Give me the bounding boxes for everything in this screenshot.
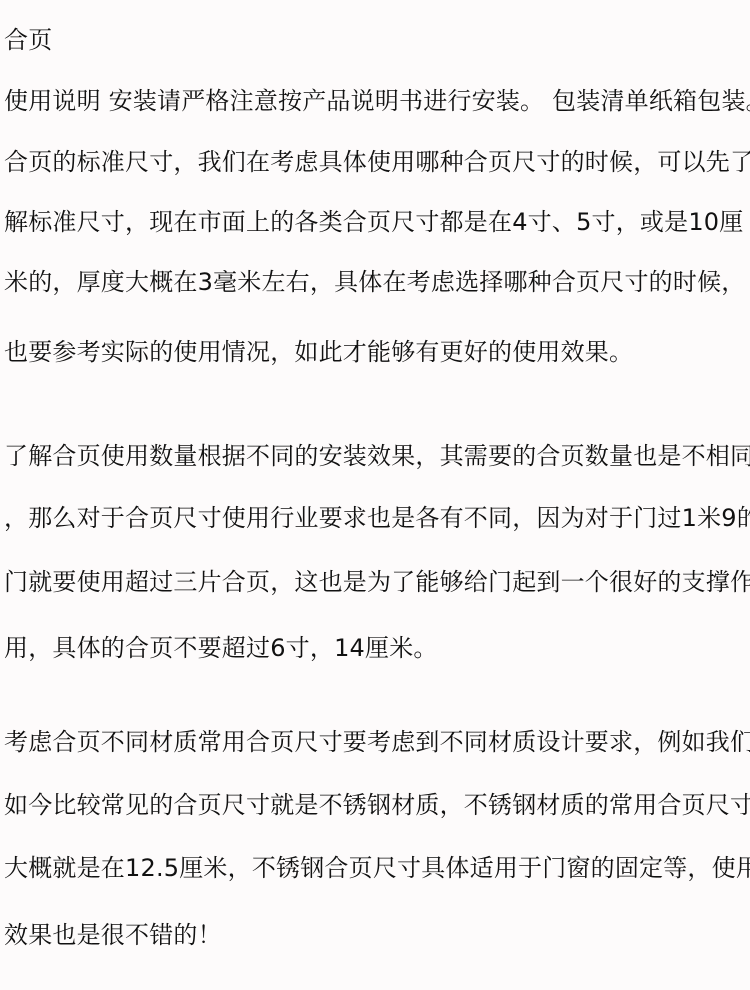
document-page: 合页 使用说明 安装请严格注意按产品说明书进行安装。 包装清单纸箱包装。 合页的… [0,0,750,990]
text-line: 如今比较常见的合页尺寸就是不锈钢材质，不锈钢材质的常用合页尺寸 [4,790,750,820]
text-line: 合页的标准尺寸，我们在考虑具体使用哪种合页尺寸的时候，可以先了 [4,147,750,177]
text-line: ，那么对于合页尺寸使用行业要求也是各有不同，因为对于门过1米9的 [4,503,750,533]
text-line: 用，具体的合页不要超过6寸，14厘米。 [4,633,438,663]
text-line: 了解合页使用数量根据不同的安装效果，其需要的合页数量也是不相同 [4,441,750,471]
document-title: 合页 [4,25,52,55]
text-line: 大概就是在12.5厘米，不锈钢合页尺寸具体适用于门窗的固定等，使用 [4,853,750,883]
text-line: 考虑合页不同材质常用合页尺寸要考虑到不同材质设计要求，例如我们 [4,727,750,757]
text-line: 效果也是很不错的！ [4,920,222,950]
text-line: 解标准尺寸，现在市面上的各类合页尺寸都是在4寸、5寸，或是10厘 [4,207,743,237]
text-line: 使用说明 安装请严格注意按产品说明书进行安装。 包装清单纸箱包装。 [4,86,750,116]
text-line: 门就要使用超过三片合页，这也是为了能够给门起到一个很好的支撑作 [4,567,750,597]
text-line: 也要参考实际的使用情况，如此才能够有更好的使用效果。 [4,337,633,367]
text-line: 米的，厚度大概在3毫米左右，具体在考虑选择哪种合页尺寸的时候， [4,267,745,297]
